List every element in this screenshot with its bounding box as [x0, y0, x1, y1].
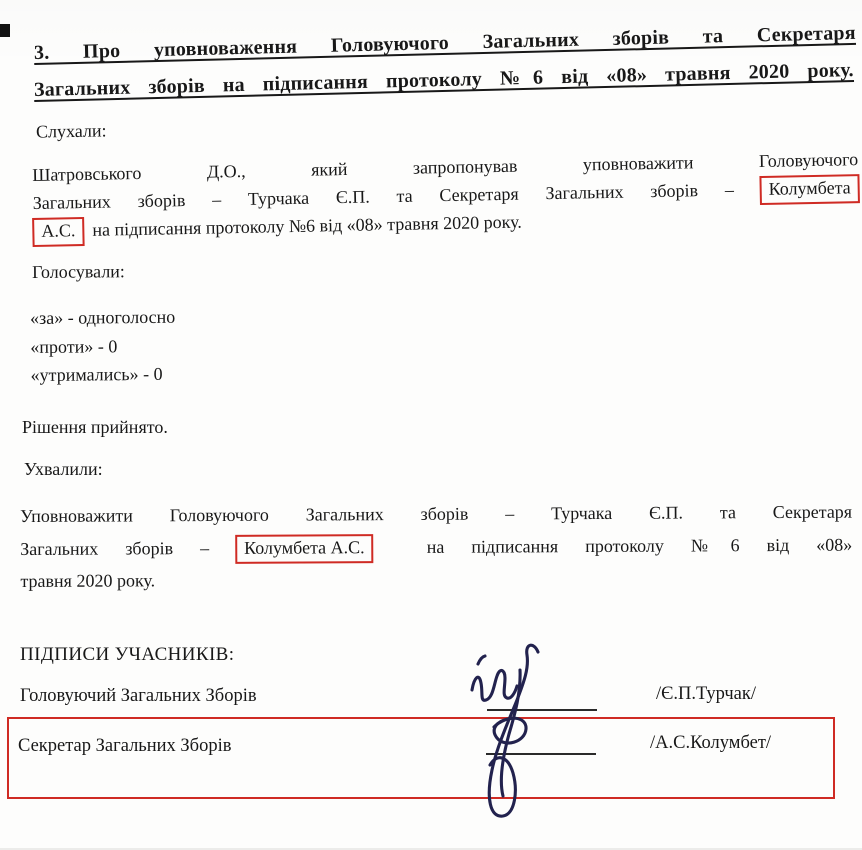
signature-stroke-zigzag [472, 670, 517, 700]
annotation-box-as-initials: А.С. [32, 217, 85, 247]
resolved-paragraph-line-1: Уповноважити Головуючого Загальних зборі… [20, 496, 852, 533]
signature-role-chairman: Головуючий Загальних Зборів [20, 686, 257, 707]
resolved-paragraph-line-3: травня 2020 року. [20, 561, 852, 598]
vote-abstained: «утримались» - 0 [30, 360, 175, 390]
handwritten-signature-icon [448, 632, 588, 810]
scanned-protocol-page: 3. Про уповноваження Головуючого Загальн… [0, 0, 862, 850]
signatures-heading: ПІДПИСИ УЧАСНИКІВ: [20, 644, 234, 666]
heard-paragraph-line-3-text: на підписання протоколу №6 від «08» трав… [92, 212, 522, 240]
annotation-box-secretary-row [7, 717, 835, 799]
votes-block: «за» - одноголосно «проти» - 0 «утримали… [30, 303, 176, 390]
resolved-label: Ухвалили: [24, 459, 103, 480]
resolved-paragraph-line-2: Загальних зборів – Колумбета А.С. на під… [20, 528, 852, 565]
section-heading-line-1: 3. Про уповноваження Головуючого Загальн… [34, 22, 856, 65]
resolved-paragraph-line-2-prefix: Загальних зборів – [20, 538, 209, 559]
vote-for: «за» - одноголосно [30, 303, 175, 333]
annotation-box-kolumbet-2: Колумбета А.С. [235, 534, 374, 564]
resolved-paragraph: Уповноважити Головуючого Загальних зборі… [20, 496, 852, 598]
heard-label: Слухали: [36, 120, 107, 142]
voted-label: Голосували: [32, 261, 125, 283]
signature-stroke-main-loop [489, 645, 538, 816]
scan-artifact-mark [0, 24, 10, 37]
signature-name-turchak: /Є.П.Турчак/ [656, 684, 756, 705]
section-heading-line-2: Загальних зборів на підписання протоколу… [34, 59, 854, 102]
signature-stroke-tick [478, 656, 485, 664]
vote-against: «проти» - 0 [30, 331, 175, 361]
resolved-paragraph-line-2-rest: на підписання протоколу №6 від «08» [427, 534, 853, 556]
annotation-box-kolumbet-1: Колумбета [759, 174, 860, 205]
heard-paragraph: Шатровського Д.О., який запропонував упо… [32, 145, 859, 245]
decision-text: Рішення прийнято. [22, 417, 168, 438]
